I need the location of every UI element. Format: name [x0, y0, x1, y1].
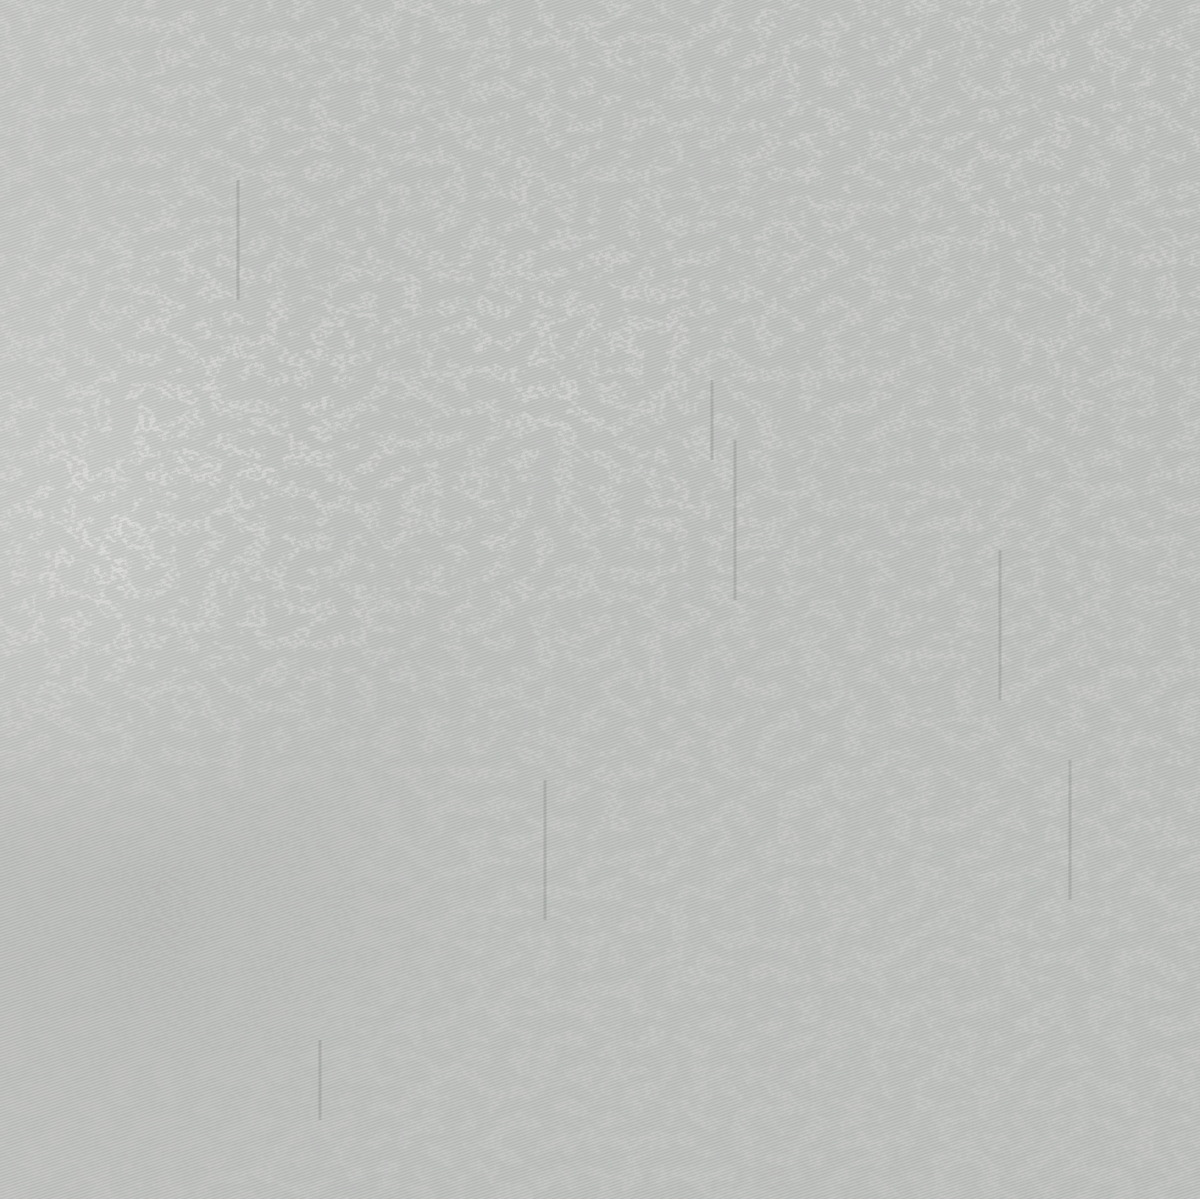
- twill-weave-overlay: [0, 0, 1200, 1199]
- fabric-texture-photo: [0, 0, 1200, 1199]
